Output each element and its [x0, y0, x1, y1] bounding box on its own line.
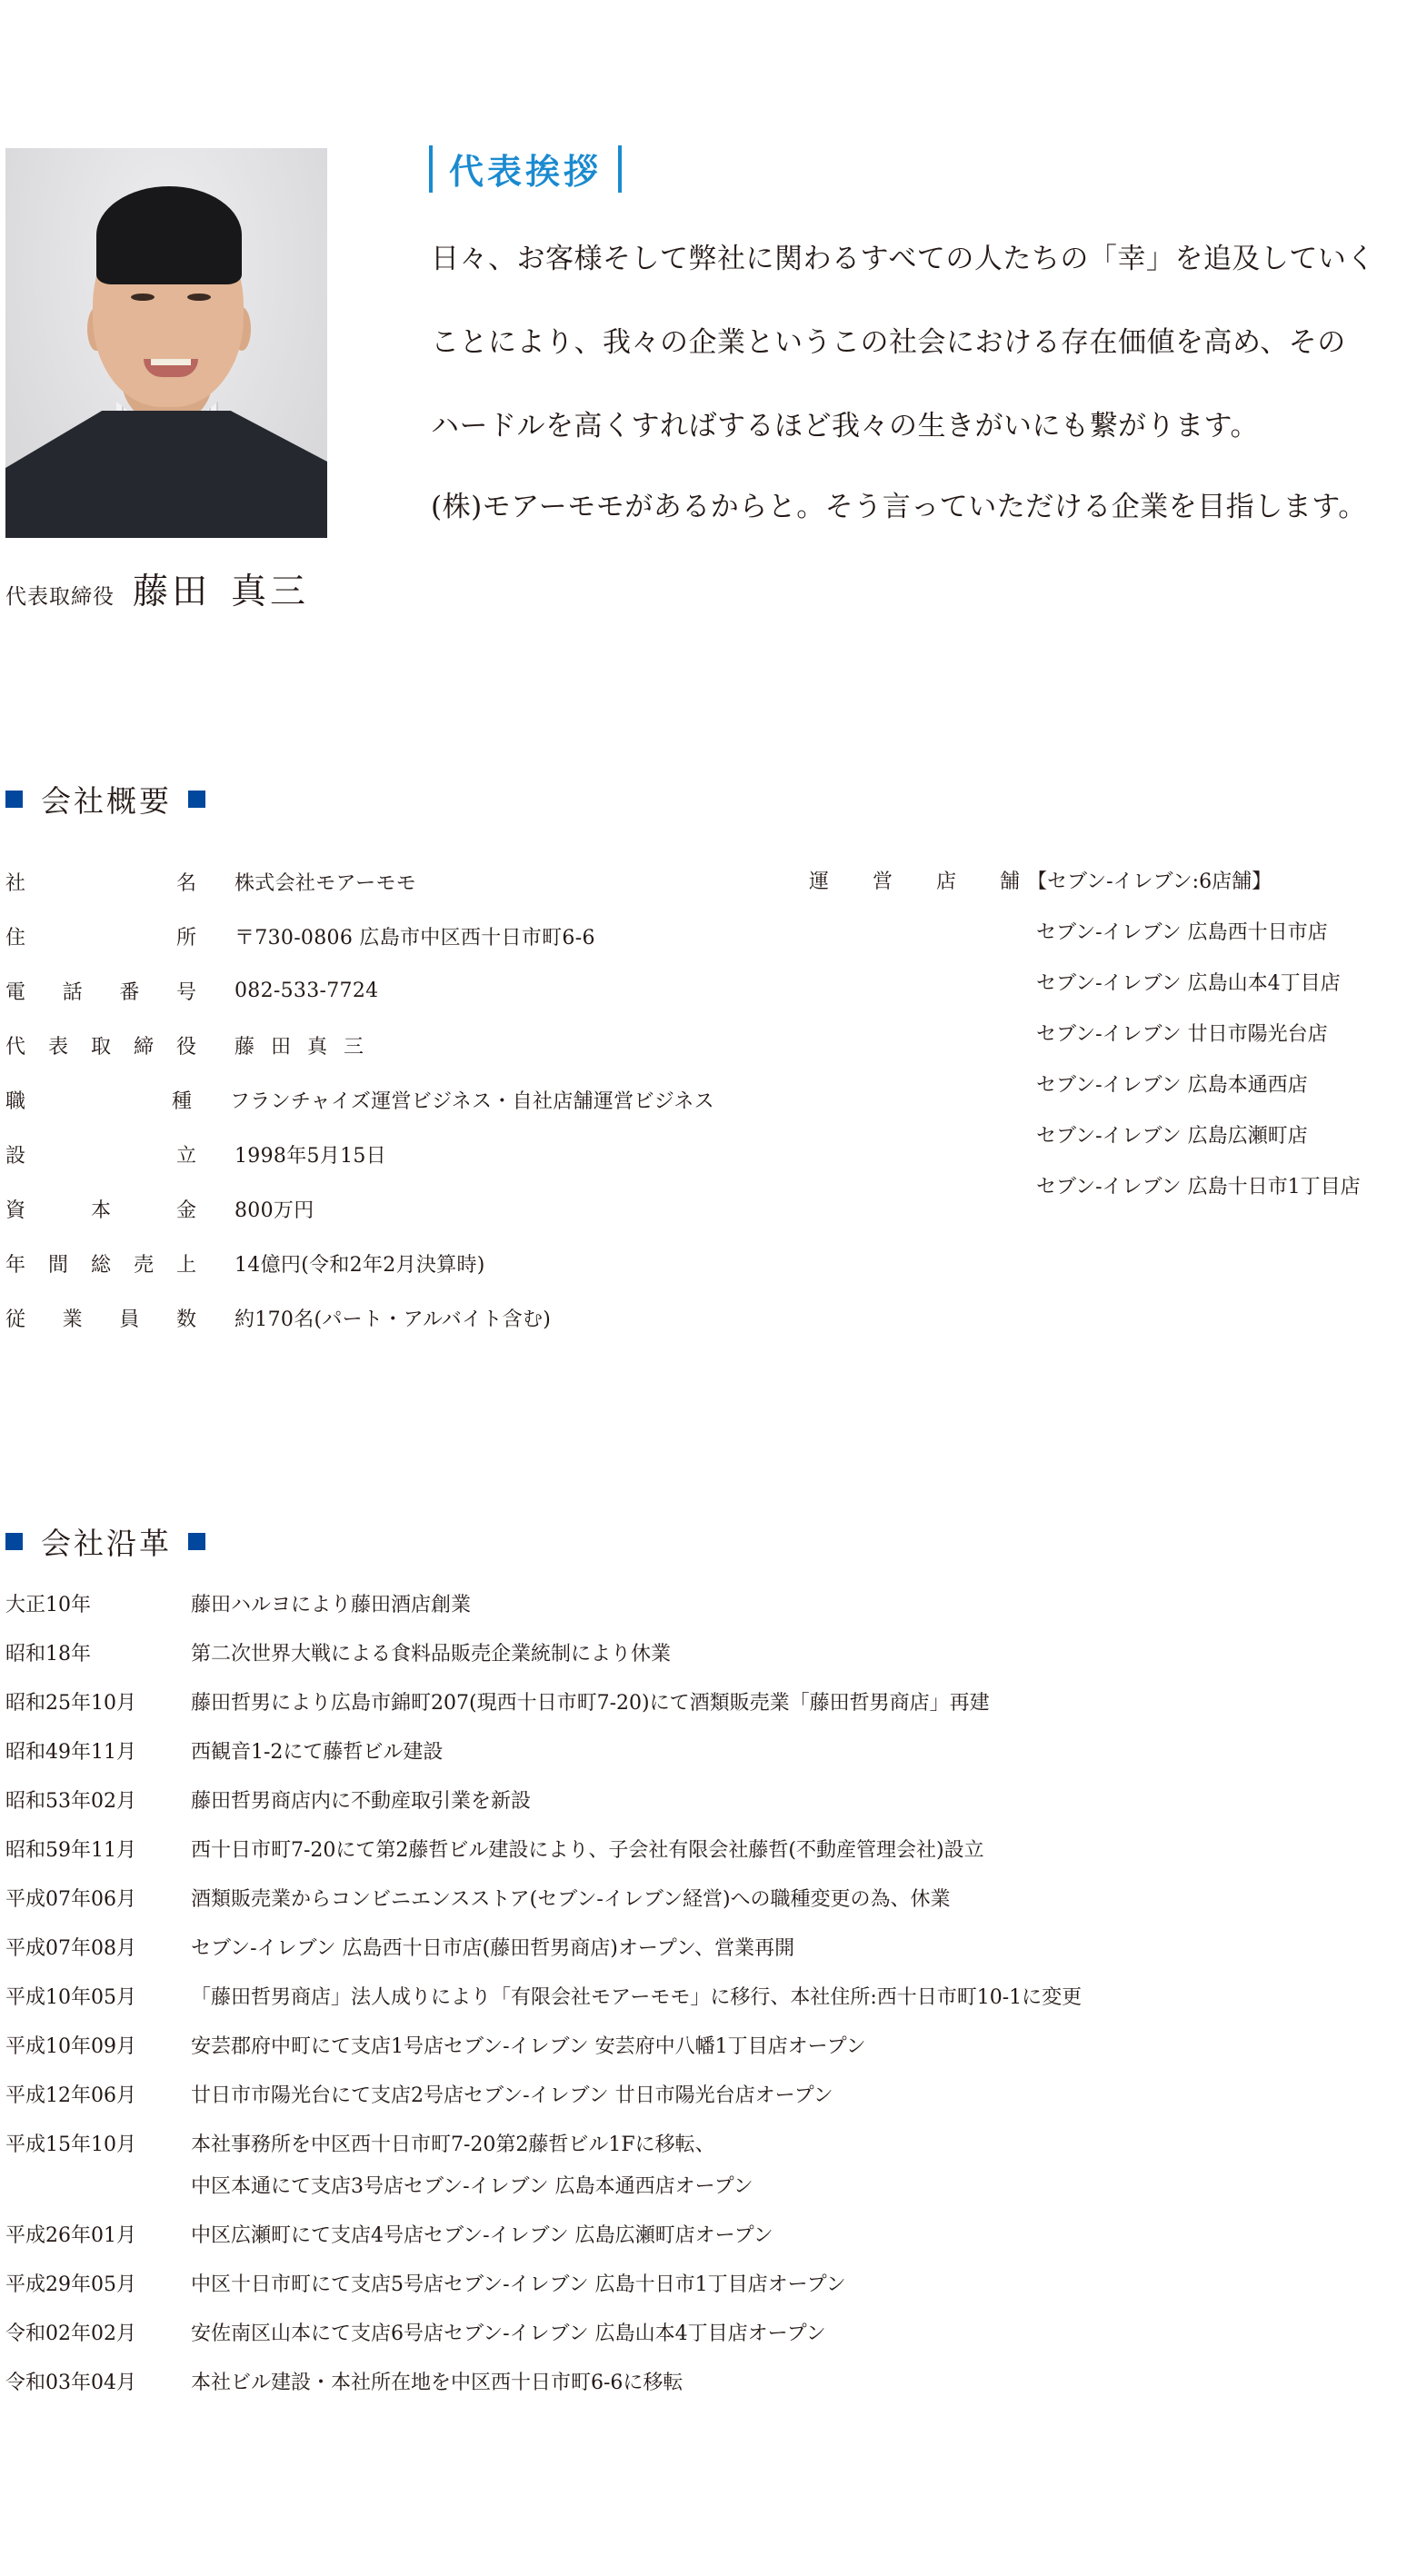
- greeting-line: (株)モアーモモがあるからと。そう言っていただける企業を目指します。: [431, 492, 1417, 575]
- stores-header-row: 運営店舗【セブン-イレブン:6店舗】: [809, 854, 1361, 905]
- label-char: 員: [119, 1304, 139, 1332]
- history-text: 本社事務所を中区西十日市町7-20第2藤哲ビル1Fに移転、中区本通にて支店3号店…: [191, 2124, 753, 2208]
- label-char: 年: [5, 1249, 25, 1278]
- overview-value: 藤田真三: [235, 1031, 380, 1059]
- store-item: セブン-イレブン 広島本通西店: [809, 1058, 1361, 1109]
- overview-value: 〒730-0806 広島市中区西十日市町6-6: [235, 922, 595, 950]
- history-row: 昭和49年11月西観音1-2にて藤哲ビル建設: [5, 1728, 1369, 1777]
- history-text: 西十日市町7-20にて第2藤哲ビル建設により、子会社有限会社藤哲(不動産管理会社…: [191, 1830, 984, 1872]
- label-char: 住: [5, 922, 25, 950]
- history-date: 令和03年04月: [5, 2362, 191, 2404]
- history-row: 令和03年04月本社ビル建設・本社所在地を中区西十日市町6-6に移転: [5, 2359, 1369, 2408]
- store-name: セブン-イレブン 広島十日市1丁目店: [1036, 1171, 1361, 1199]
- label-char: 舗: [1000, 866, 1020, 894]
- history-row: 平成26年01月中区広瀬町にて支店4号店セブン-イレブン 広島広瀬町店オープン: [5, 2212, 1369, 2261]
- history-text: 中区十日市町にて支店5号店セブン-イレブン 広島十日市1丁目店オープン: [191, 2264, 846, 2306]
- store-item: セブン-イレブン 廿日市陽光台店: [809, 1007, 1361, 1058]
- label-char: 所: [176, 922, 196, 950]
- history-row: 平成07年08月セブン-イレブン 広島西十日市店(藤田哲男商店)オープン、営業再…: [5, 1925, 1369, 1974]
- given-name: 真三: [231, 572, 309, 612]
- label-char: 代: [5, 1031, 25, 1059]
- label-char: 設: [5, 1140, 25, 1169]
- label-char: 職: [5, 1086, 25, 1114]
- history-text-line: 本社事務所を中区西十日市町7-20第2藤哲ビル1Fに移転、: [191, 2124, 753, 2166]
- greeting-line: ことにより、我々の企業というこの社会における存在価値を高め、その: [431, 327, 1417, 411]
- overview-label: 電話番号: [5, 977, 196, 1005]
- overview-row: 職種フランチャイズ運営ビジネス・自社店舗運営ビジネス: [5, 1072, 714, 1127]
- overview-label: 住所: [5, 922, 196, 950]
- history-text-line: 本社ビル建設・本社所在地を中区西十日市町6-6に移転: [191, 2362, 683, 2404]
- history-text-line: 西観音1-2にて藤哲ビル建設: [191, 1732, 443, 1774]
- greeting-message: 日々、お客様そして弊社に関わるすべての人たちの「幸」を追及していく ことにより、…: [431, 244, 1417, 575]
- label-char: 総: [91, 1249, 111, 1278]
- label-char: 話: [63, 977, 83, 1005]
- history-text-line: 西十日市町7-20にて第2藤哲ビル建設により、子会社有限会社藤哲(不動産管理会社…: [191, 1830, 984, 1872]
- store-item: セブン-イレブン 広島十日市1丁目店: [809, 1159, 1361, 1210]
- history-text: 西観音1-2にて藤哲ビル建設: [191, 1732, 443, 1774]
- history-text-line: 中区十日市町にて支店5号店セブン-イレブン 広島十日市1丁目店オープン: [191, 2264, 846, 2306]
- label-char: 店: [936, 866, 956, 894]
- history-text: 酒類販売業からコンビニエンスストア(セブン-イレブン経営)への職種変更の為、休業: [191, 1879, 951, 1921]
- history-text-line: 安佐南区山本にて支店6号店セブン-イレブン 広島山本4丁目店オープン: [191, 2313, 826, 2355]
- overview-table: 社名株式会社モアーモモ住所〒730-0806 広島市中区西十日市町6-6電話番号…: [5, 854, 714, 1345]
- history-date: 平成07年06月: [5, 1879, 191, 1921]
- label-char: 本: [91, 1195, 111, 1223]
- overview-value: 082-533-7724: [235, 980, 378, 1002]
- history-text: 「藤田哲男商店」法人成りにより「有限会社モアーモモ」に移行、本社住所:西十日市町…: [191, 1977, 1082, 2019]
- label-char: 間: [48, 1249, 68, 1278]
- overview-value: 株式会社モアーモモ: [235, 868, 416, 896]
- overview-value: 800万円: [235, 1195, 314, 1223]
- square-bullet-icon: [188, 1533, 205, 1550]
- history-row: 昭和18年第二次世界大戦による食料品販売企業統制により休業: [5, 1630, 1369, 1679]
- history-text-line: 中区本通にて支店3号店セブン-イレブン 広島本通西店オープン: [191, 2166, 753, 2208]
- greeting-line: 日々、お客様そして弊社に関わるすべての人たちの「幸」を追及していく: [431, 244, 1417, 327]
- square-bullet-icon: [188, 791, 205, 808]
- representative-title: 代表取締役: [5, 580, 115, 610]
- label-char: 立: [176, 1140, 196, 1169]
- label-char: 番: [119, 977, 139, 1005]
- history-row: 平成10年05月「藤田哲男商店」法人成りにより「有限会社モアーモモ」に移行、本社…: [5, 1974, 1369, 2023]
- stores-list: 運営店舗【セブン-イレブン:6店舗】セブン-イレブン 広島西十日市店セブン-イレ…: [809, 854, 1361, 1210]
- history-text-line: 「藤田哲男商店」法人成りにより「有限会社モアーモモ」に移行、本社住所:西十日市町…: [191, 1977, 1082, 2019]
- history-heading: 会社沿革: [5, 1520, 205, 1563]
- history-table: 大正10年藤田ハルヨにより藤田酒店創業昭和18年第二次世界大戦による食料品販売企…: [5, 1581, 1369, 2408]
- history-date: 平成10年09月: [5, 2026, 191, 2068]
- overview-label: 設立: [5, 1140, 196, 1169]
- history-date: 昭和53年02月: [5, 1781, 191, 1823]
- history-row: 昭和53年02月藤田哲男商店内に不動産取引業を新設: [5, 1777, 1369, 1826]
- label-char: 表: [48, 1031, 68, 1059]
- label-char: 営: [873, 866, 893, 894]
- overview-row: 住所〒730-0806 広島市中区西十日市町6-6: [5, 909, 714, 963]
- history-date: 大正10年: [5, 1585, 191, 1626]
- history-text-line: 藤田哲男により広島市錦町207(現西十日市町7-20)にて酒類販売業「藤田哲男商…: [191, 1683, 990, 1725]
- history-text-line: 酒類販売業からコンビニエンスストア(セブン-イレブン経営)への職種変更の為、休業: [191, 1879, 951, 1921]
- history-text-line: 廿日市市陽光台にて支店2号店セブン-イレブン 廿日市陽光台店オープン: [191, 2075, 833, 2117]
- label-char: 締: [134, 1031, 154, 1059]
- square-bullet-icon: [5, 791, 23, 808]
- history-text-line: 藤田ハルヨにより藤田酒店創業: [191, 1585, 471, 1626]
- history-date: 平成07年08月: [5, 1928, 191, 1970]
- history-text-line: 安芸郡府中町にて支店1号店セブン-イレブン 安芸府中八幡1丁目店オープン: [191, 2026, 866, 2068]
- history-text-line: 藤田哲男商店内に不動産取引業を新設: [191, 1781, 531, 1823]
- greeting-heading: 代表挨拶: [429, 144, 622, 194]
- heading-bar-right: [618, 145, 622, 193]
- label-char: 従: [5, 1304, 25, 1332]
- label-char: 役: [176, 1031, 196, 1059]
- overview-value: フランチャイズ運営ビジネス・自社店舗運営ビジネス: [230, 1086, 714, 1114]
- history-row: 平成07年06月酒類販売業からコンビニエンスストア(セブン-イレブン経営)への職…: [5, 1875, 1369, 1925]
- history-row: 令和02年02月安佐南区山本にて支店6号店セブン-イレブン 広島山本4丁目店オー…: [5, 2310, 1369, 2359]
- history-date: 平成15年10月: [5, 2124, 191, 2208]
- overview-label: 資本金: [5, 1195, 196, 1223]
- heading-bar-left: [429, 145, 433, 193]
- overview-value: 1998年5月15日: [235, 1140, 386, 1169]
- history-text: セブン-イレブン 広島西十日市店(藤田哲男商店)オープン、営業再開: [191, 1928, 794, 1970]
- representative-name: 藤田真三: [133, 563, 309, 614]
- label-char: 種: [172, 1086, 192, 1114]
- store-name: セブン-イレブン 広島山本4丁目店: [1036, 968, 1341, 996]
- square-bullet-icon: [5, 1533, 23, 1550]
- history-date: 昭和18年: [5, 1634, 191, 1676]
- label-char: 数: [176, 1304, 196, 1332]
- history-text: 藤田哲男商店内に不動産取引業を新設: [191, 1781, 531, 1823]
- label-char: 号: [176, 977, 196, 1005]
- overview-label: 職種: [5, 1086, 192, 1114]
- history-text: 本社ビル建設・本社所在地を中区西十日市町6-6に移転: [191, 2362, 683, 2404]
- history-row: 大正10年藤田ハルヨにより藤田酒店創業: [5, 1581, 1369, 1630]
- label-char: 取: [91, 1031, 111, 1059]
- history-text: 藤田ハルヨにより藤田酒店創業: [191, 1585, 471, 1626]
- history-date: 昭和25年10月: [5, 1683, 191, 1725]
- history-date: 平成26年01月: [5, 2215, 191, 2257]
- history-text: 安芸郡府中町にて支店1号店セブン-イレブン 安芸府中八幡1丁目店オープン: [191, 2026, 866, 2068]
- label-char: 業: [63, 1304, 83, 1332]
- family-name: 藤田: [133, 572, 211, 612]
- representative-caption: 代表取締役 藤田真三: [5, 563, 309, 614]
- history-row: 昭和25年10月藤田哲男により広島市錦町207(現西十日市町7-20)にて酒類販…: [5, 1679, 1369, 1728]
- store-item: セブン-イレブン 広島西十日市店: [809, 905, 1361, 956]
- overview-row: 代表取締役藤田真三: [5, 1018, 714, 1072]
- store-name: セブン-イレブン 廿日市陽光台店: [1036, 1019, 1328, 1047]
- overview-value: 約170名(パート・アルバイト含む): [235, 1304, 551, 1332]
- overview-row: 電話番号082-533-7724: [5, 963, 714, 1018]
- label-char: 電: [5, 977, 25, 1005]
- history-date: 昭和49年11月: [5, 1732, 191, 1774]
- history-text-line: 中区広瀬町にて支店4号店セブン-イレブン 広島広瀬町店オープン: [191, 2215, 773, 2257]
- label-char: 社: [5, 868, 25, 896]
- label-char: 金: [176, 1195, 196, 1223]
- history-row: 平成10年09月安芸郡府中町にて支店1号店セブン-イレブン 安芸府中八幡1丁目店…: [5, 2023, 1369, 2072]
- history-row: 平成29年05月中区十日市町にて支店5号店セブン-イレブン 広島十日市1丁目店オ…: [5, 2261, 1369, 2310]
- overview-label: 社名: [5, 868, 196, 896]
- history-text: 第二次世界大戦による食料品販売企業統制により休業: [191, 1634, 671, 1676]
- history-text: 廿日市市陽光台にて支店2号店セブン-イレブン 廿日市陽光台店オープン: [191, 2075, 833, 2117]
- greeting-line: ハードルを高くすればするほど我々の生きがいにも繋がります。: [431, 411, 1417, 494]
- overview-value: 14億円(令和2年2月決算時): [235, 1249, 485, 1278]
- history-text: 藤田哲男により広島市錦町207(現西十日市町7-20)にて酒類販売業「藤田哲男商…: [191, 1683, 990, 1725]
- overview-row: 資本金800万円: [5, 1181, 714, 1236]
- overview-row: 年間総売上14億円(令和2年2月決算時): [5, 1236, 714, 1290]
- history-date: 令和02年02月: [5, 2313, 191, 2355]
- label-char: 名: [176, 868, 196, 896]
- history-row: 昭和59年11月西十日市町7-20にて第2藤哲ビル建設により、子会社有限会社藤哲…: [5, 1826, 1369, 1875]
- representative-photo: [5, 148, 327, 538]
- history-text: 中区広瀬町にて支店4号店セブン-イレブン 広島広瀬町店オープン: [191, 2215, 773, 2257]
- store-item: セブン-イレブン 広島広瀬町店: [809, 1109, 1361, 1159]
- label-char: 上: [176, 1249, 196, 1278]
- overview-row: 社名株式会社モアーモモ: [5, 854, 714, 909]
- history-text: 安佐南区山本にて支店6号店セブン-イレブン 広島山本4丁目店オープン: [191, 2313, 826, 2355]
- label-char: 売: [134, 1249, 154, 1278]
- stores-label: 運営店舗: [809, 866, 1020, 894]
- store-name: セブン-イレブン 広島広瀬町店: [1036, 1120, 1308, 1149]
- history-text-line: 第二次世界大戦による食料品販売企業統制により休業: [191, 1634, 671, 1676]
- history-row: 平成12年06月廿日市市陽光台にて支店2号店セブン-イレブン 廿日市陽光台店オー…: [5, 2072, 1369, 2121]
- overview-label: 代表取締役: [5, 1031, 196, 1059]
- store-name: セブン-イレブン 広島西十日市店: [1036, 917, 1328, 945]
- overview-heading: 会社概要: [5, 778, 205, 821]
- history-date: 平成29年05月: [5, 2264, 191, 2306]
- label-char: 運: [809, 866, 829, 894]
- history-date: 平成10年05月: [5, 1977, 191, 2019]
- history-row: 平成15年10月本社事務所を中区西十日市町7-20第2藤哲ビル1Fに移転、中区本…: [5, 2121, 1369, 2212]
- stores-header: 【セブン-イレブン:6店舗】: [1027, 866, 1272, 894]
- history-date: 平成12年06月: [5, 2075, 191, 2117]
- label-char: 資: [5, 1195, 25, 1223]
- history-date: 昭和59年11月: [5, 1830, 191, 1872]
- history-text-line: セブン-イレブン 広島西十日市店(藤田哲男商店)オープン、営業再開: [191, 1928, 794, 1970]
- overview-row: 従業員数約170名(パート・アルバイト含む): [5, 1290, 714, 1345]
- store-name: セブン-イレブン 広島本通西店: [1036, 1069, 1308, 1098]
- store-item: セブン-イレブン 広島山本4丁目店: [809, 956, 1361, 1007]
- overview-label: 従業員数: [5, 1304, 196, 1332]
- overview-label: 年間総売上: [5, 1249, 196, 1278]
- overview-row: 設立1998年5月15日: [5, 1127, 714, 1181]
